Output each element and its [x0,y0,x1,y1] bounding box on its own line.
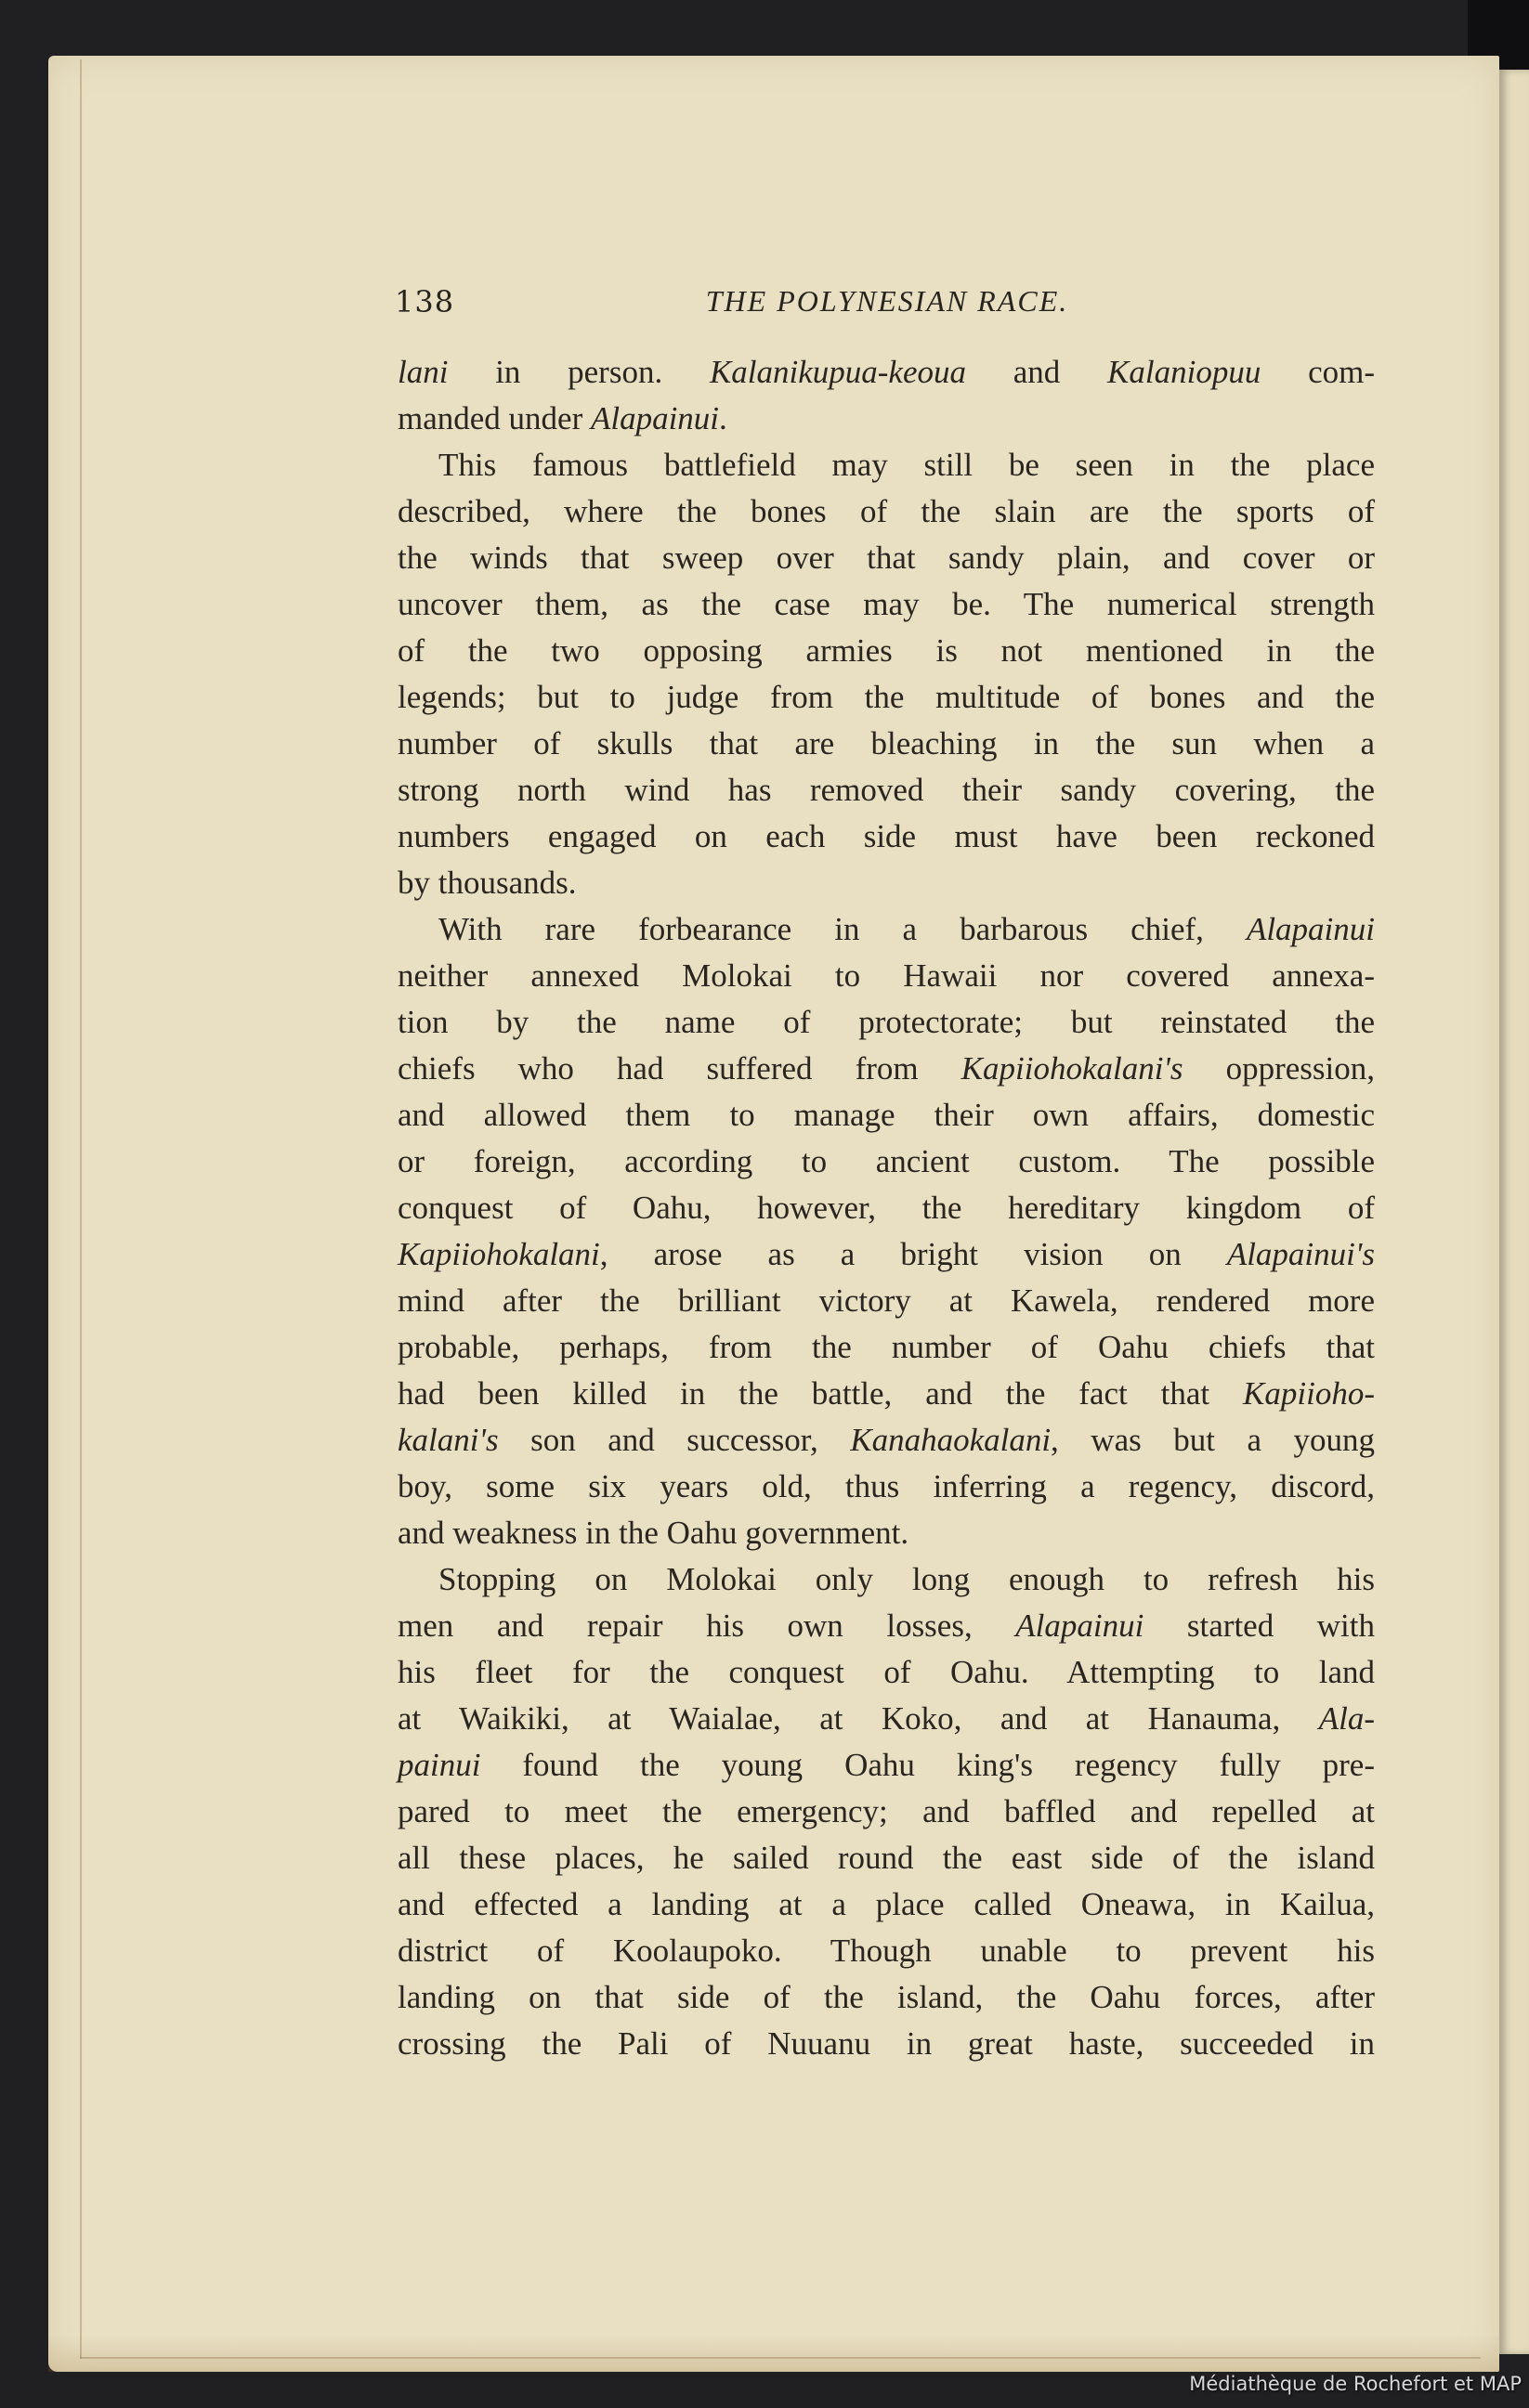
text-line: painui found the young Oahu king's regen… [398,1742,1375,1789]
text-segment: conquest of Oahu, however, the hereditar… [398,1190,1375,1226]
page-fold-line [80,59,82,2359]
text-segment: the winds that sweep over that sandy pla… [398,540,1375,576]
text-line: tion by the name of protectorate; but re… [398,999,1375,1046]
text-line: Stopping on Molokai only long enough to … [398,1556,1375,1603]
text-line: With rare forbearance in a barbarous chi… [398,906,1375,953]
text-line: all these places, he sailed round the ea… [398,1835,1375,1881]
text-segment: landing on that side of the island, the … [398,1979,1375,2015]
italic-name: Kalanikupua-keoua [710,354,966,390]
text-segment: in person. [448,354,710,390]
italic-name: Kalaniopuu [1107,354,1261,390]
text-segment: had been killed in the battle, and the f… [398,1375,1243,1412]
text-line: legends; but to judge from the multitude… [398,674,1375,721]
text-line: uncover them, as the case may be. The nu… [398,581,1375,628]
text-segment: and [966,354,1107,390]
text-line: numbers engaged on each side must have b… [398,814,1375,860]
text-segment: com- [1261,354,1375,390]
text-segment: at Waikiki, at Waialae, at Koko, and at … [398,1700,1319,1737]
italic-name: Alapainui [591,400,719,436]
italic-name: Alapainui [1247,911,1375,947]
text-segment: , arose as a bright vision on [600,1236,1227,1272]
text-segment: or foreign, according to ancient custom.… [398,1143,1375,1179]
italic-name: Alapainui [1015,1608,1143,1644]
text-line: number of skulls that are bleaching in t… [398,721,1375,767]
text-line: Kapiiohokalani, arose as a bright vision… [398,1231,1375,1278]
italic-name: Kanahaokalani [850,1422,1051,1458]
text-segment: by thousands. [398,865,577,901]
text-segment: With rare forbearance in a barbarous chi… [438,911,1247,947]
text-segment: his fleet for the conquest of Oahu. Atte… [398,1654,1375,1690]
text-line: strong north wind has removed their sand… [398,767,1375,814]
text-segment: all these places, he sailed round the ea… [398,1840,1375,1876]
italic-name: painui [398,1747,480,1783]
text-segment: crossing the Pali of Nuuanu in great has… [398,2025,1375,2062]
text-line: and weakness in the Oahu government. [398,1510,1375,1556]
italic-name: Kapiioho- [1243,1375,1375,1412]
text-line: This famous battlefield may still be see… [398,442,1375,488]
italic-name: Kapiiohokalani's [961,1050,1183,1087]
text-line: kalani's son and successor, Kanahaokalan… [398,1417,1375,1464]
watermark: Médiathèque de Rochefort et MAP [1189,2373,1522,2395]
text-segment: probable, perhaps, from the number of Oa… [398,1329,1375,1365]
text-line: at Waikiki, at Waialae, at Koko, and at … [398,1696,1375,1742]
text-segment: and effected a landing at a place called… [398,1886,1375,1922]
text-segment: chiefs who had suffered from [398,1050,961,1087]
text-segment: strong north wind has removed their sand… [398,772,1375,808]
text-line: and allowed them to manage their own aff… [398,1092,1375,1139]
text-line: manded under Alapainui. [398,396,1375,442]
text-segment: Stopping on Molokai only long enough to … [438,1561,1375,1597]
italic-name: Kapiiohokalani [398,1236,600,1272]
book-title: THE POLYNESIAN RACE. [395,284,1379,319]
text-segment: described, where the bones of the slain … [398,493,1375,529]
body-text: lani in person. Kalanikupua-keoua and Ka… [398,349,1375,2067]
text-segment: and allowed them to manage their own aff… [398,1097,1375,1133]
text-segment: of the two opposing armies is not mentio… [398,632,1375,669]
text-segment: pared to meet the emergency; and baffled… [398,1793,1375,1829]
italic-name: lani [398,354,448,390]
text-line: crossing the Pali of Nuuanu in great has… [398,2021,1375,2067]
text-line: by thousands. [398,860,1375,906]
next-page-edge [1499,70,1529,2354]
text-line: conquest of Oahu, however, the hereditar… [398,1185,1375,1231]
text-segment: mind after the brilliant victory at Kawe… [398,1282,1375,1319]
text-segment: started with [1143,1608,1375,1644]
text-line: his fleet for the conquest of Oahu. Atte… [398,1649,1375,1696]
text-segment: uncover them, as the case may be. The nu… [398,586,1375,622]
text-line: boy, some six years old, thus inferring … [398,1464,1375,1510]
italic-name: Ala- [1319,1700,1375,1737]
text-line: described, where the bones of the slain … [398,488,1375,535]
text-line: district of Koolaupoko. Though unable to… [398,1928,1375,1974]
page-stain [48,2335,1499,2372]
text-line: and effected a landing at a place called… [398,1881,1375,1928]
text-line: chiefs who had suffered from Kapiiohokal… [398,1046,1375,1092]
text-segment: and weakness in the Oahu government. [398,1515,908,1551]
text-segment: son and successor, [499,1422,851,1458]
italic-name: Alapainui's [1227,1236,1375,1272]
text-line: the winds that sweep over that sandy pla… [398,535,1375,581]
text-line: neither annexed Molokai to Hawaii nor co… [398,953,1375,999]
text-line: men and repair his own losses, Alapainui… [398,1603,1375,1649]
text-segment: oppression, [1183,1050,1375,1087]
text-line: pared to meet the emergency; and baffled… [398,1789,1375,1835]
text-line: probable, perhaps, from the number of Oa… [398,1324,1375,1371]
text-segment: manded under [398,400,591,436]
text-segment: numbers engaged on each side must have b… [398,818,1375,854]
text-line: of the two opposing armies is not mentio… [398,628,1375,674]
text-segment: men and repair his own losses, [398,1608,1015,1644]
text-line: lani in person. Kalanikupua-keoua and Ka… [398,349,1375,396]
text-segment: tion by the name of protectorate; but re… [398,1004,1375,1040]
text-segment: district of Koolaupoko. Though unable to… [398,1933,1375,1969]
text-segment: This famous battlefield may still be see… [438,447,1375,483]
text-segment: number of skulls that are bleaching in t… [398,725,1375,761]
text-segment: , was but a young [1051,1422,1375,1458]
text-segment: legends; but to judge from the multitude… [398,679,1375,715]
text-segment: boy, some six years old, thus inferring … [398,1468,1375,1504]
italic-name: kalani's [398,1422,499,1458]
text-line: or foreign, according to ancient custom.… [398,1139,1375,1185]
text-segment: neither annexed Molokai to Hawaii nor co… [398,957,1375,994]
running-head: 138 THE POLYNESIAN RACE. [395,284,1379,331]
text-line: had been killed in the battle, and the f… [398,1371,1375,1417]
text-line: mind after the brilliant victory at Kawe… [398,1278,1375,1324]
text-segment: . [719,400,727,436]
text-segment: found the young Oahu king's regency full… [480,1747,1375,1783]
text-line: landing on that side of the island, the … [398,1974,1375,2021]
